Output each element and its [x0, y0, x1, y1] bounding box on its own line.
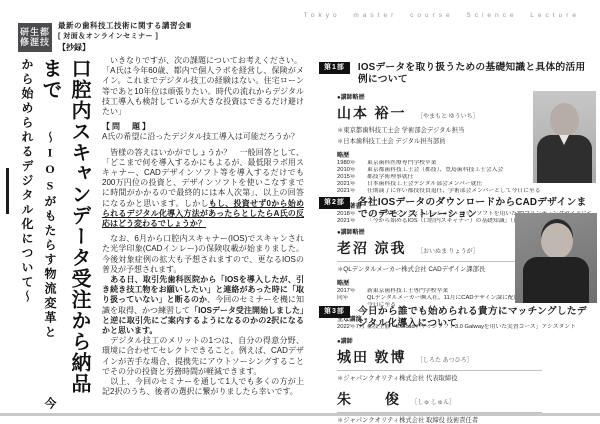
- section-header: 第1部 IOSデータを取り扱うための基礎知識と具体的活用例について: [319, 62, 591, 86]
- section-title: 今日から誰でも始められる貴方にマッチングしたデジタル化導入について: [358, 306, 591, 330]
- lecture-subtitle-line1: ～IOSがもたらす物流変革と: [43, 117, 57, 340]
- event-format: [ 対面＆オンラインセミナー ]: [58, 33, 192, 41]
- section-badge: 第3部: [319, 306, 350, 318]
- event-title: 最新の歯科技工技術に関する講習会Ⅲ: [58, 22, 192, 31]
- speaker-photo: [515, 213, 597, 303]
- scan-binding-mark: [6, 168, 9, 214]
- program-page: Tokyo master course Science Lecture 第1部 …: [300, 0, 600, 424]
- speaker-photo: [533, 91, 596, 183]
- program-section-3: 第3部 今日から誰でも始められる貴方にマッチングしたデジタル化導入について ●講…: [319, 306, 591, 424]
- abstract-paragraph: 「A氏は今年60歳、都内で個人ラボを経営し、保険がメイン。これまでデジタル技工の…: [102, 66, 304, 117]
- section-header: 第3部 今日から誰でも始められる貴方にマッチングしたデジタル化導入について: [319, 306, 591, 330]
- abstract-paragraph: なお、6月から口腔内スキャナー(IOS)でスキャンされた光学印象(CADインレー…: [102, 234, 304, 275]
- photo-head-silhouette: [541, 223, 573, 259]
- section-badge: 第1部: [319, 62, 350, 74]
- speaker-credential: ＊ジャパンクオリティ株式会社 代表取締役: [337, 373, 591, 382]
- abstract-label: 【抄録】: [58, 43, 192, 52]
- lecture-title-vertical: 口腔内スキャンデータ受注から納品まで ～IOSがもたらす物流変革と 今から始めら…: [18, 58, 94, 414]
- abstract-paragraph: いきなりですが、次の課題についてお考えください。: [102, 56, 304, 66]
- speaker-name-row: 城田 敦博 ［しろた あつひろ］: [337, 347, 542, 371]
- abstract-body: いきなりですが、次の課題についてお考えください。 「A氏は今年60歳、都内で個人…: [102, 56, 304, 398]
- page-edge-shadow: [0, 413, 600, 416]
- course-label: Tokyo master course Science Lecture: [304, 12, 580, 19]
- photo-head-silhouette: [550, 103, 579, 137]
- speaker-kana: ［しろた あつひろ］: [417, 358, 473, 364]
- abstract-paragraph: デジタル技工のメリットの1つは、自分の得意分野、環境に合わせてセレクトできること…: [102, 336, 304, 377]
- section-badge: 第2部: [319, 197, 350, 209]
- abstract-paragraph: 皆様の答えはいかがでしょうか？ 一般回答として、「どこまで何を導入するかにもよる…: [102, 148, 304, 230]
- abstract-paragraph: ある日、取引先歯科医院から「IOSを導入したが、引き続き技工物をお願いしたい」と…: [102, 275, 304, 336]
- speaker-name-row: 老沼 涼我 ［おいぬま りょうが］: [337, 238, 542, 262]
- speaker-name-row: 朱 俊 ［しゅ しゅん］: [337, 389, 542, 413]
- abstract-paragraph: 以上、今回のセミナーを通して1人でも多くの方が上記2択のうち、後者の選択に繋がり…: [102, 377, 304, 397]
- speaker-kana: ［しゅ しゅん］: [411, 400, 455, 406]
- speaker-name: 老沼 涼我: [337, 242, 407, 257]
- spacer: [337, 382, 591, 389]
- question-text: A氏の希望に沿ったデジタル技工導入は可能だろうか？: [102, 132, 304, 142]
- speaker-kana: ［やまもと ゆういち］: [417, 114, 479, 120]
- speaker-kana: ［おいぬま りょうが］: [417, 249, 479, 255]
- history-row: 2021年任期満了に伴い都技役員退任、学術部会メンバーとして今日に至る: [337, 188, 591, 195]
- speaker-bio: ●講師 城田 敦博 ［しろた あつひろ］ ＊ジャパンクオリティ株式会社 代表取締…: [337, 336, 591, 424]
- photo-shirt-silhouette: [523, 257, 589, 303]
- speaker-name: 朱 俊: [337, 393, 401, 408]
- bio-label: ●講師: [337, 336, 591, 345]
- photo-collar-silhouette: [559, 135, 569, 145]
- event-header: 最新の歯科技工技術に関する講習会Ⅲ [ 対面＆オンラインセミナー ] 【抄録】: [58, 22, 192, 52]
- logo-text-row: 修涯技: [20, 38, 50, 47]
- speaker-name: 城田 敦博: [337, 351, 407, 366]
- question-heading: 【問 題】: [102, 122, 304, 132]
- document-page: 研生都 修涯技 最新の歯科技工技術に関する講習会Ⅲ [ 対面＆オンラインセミナー…: [0, 0, 600, 424]
- section-title: IOSデータを取り扱うための基礎知識と具体的活用例について: [358, 62, 591, 86]
- speaker-name: 山本 裕一: [337, 107, 407, 122]
- organization-logo: 研生都 修涯技: [18, 23, 52, 52]
